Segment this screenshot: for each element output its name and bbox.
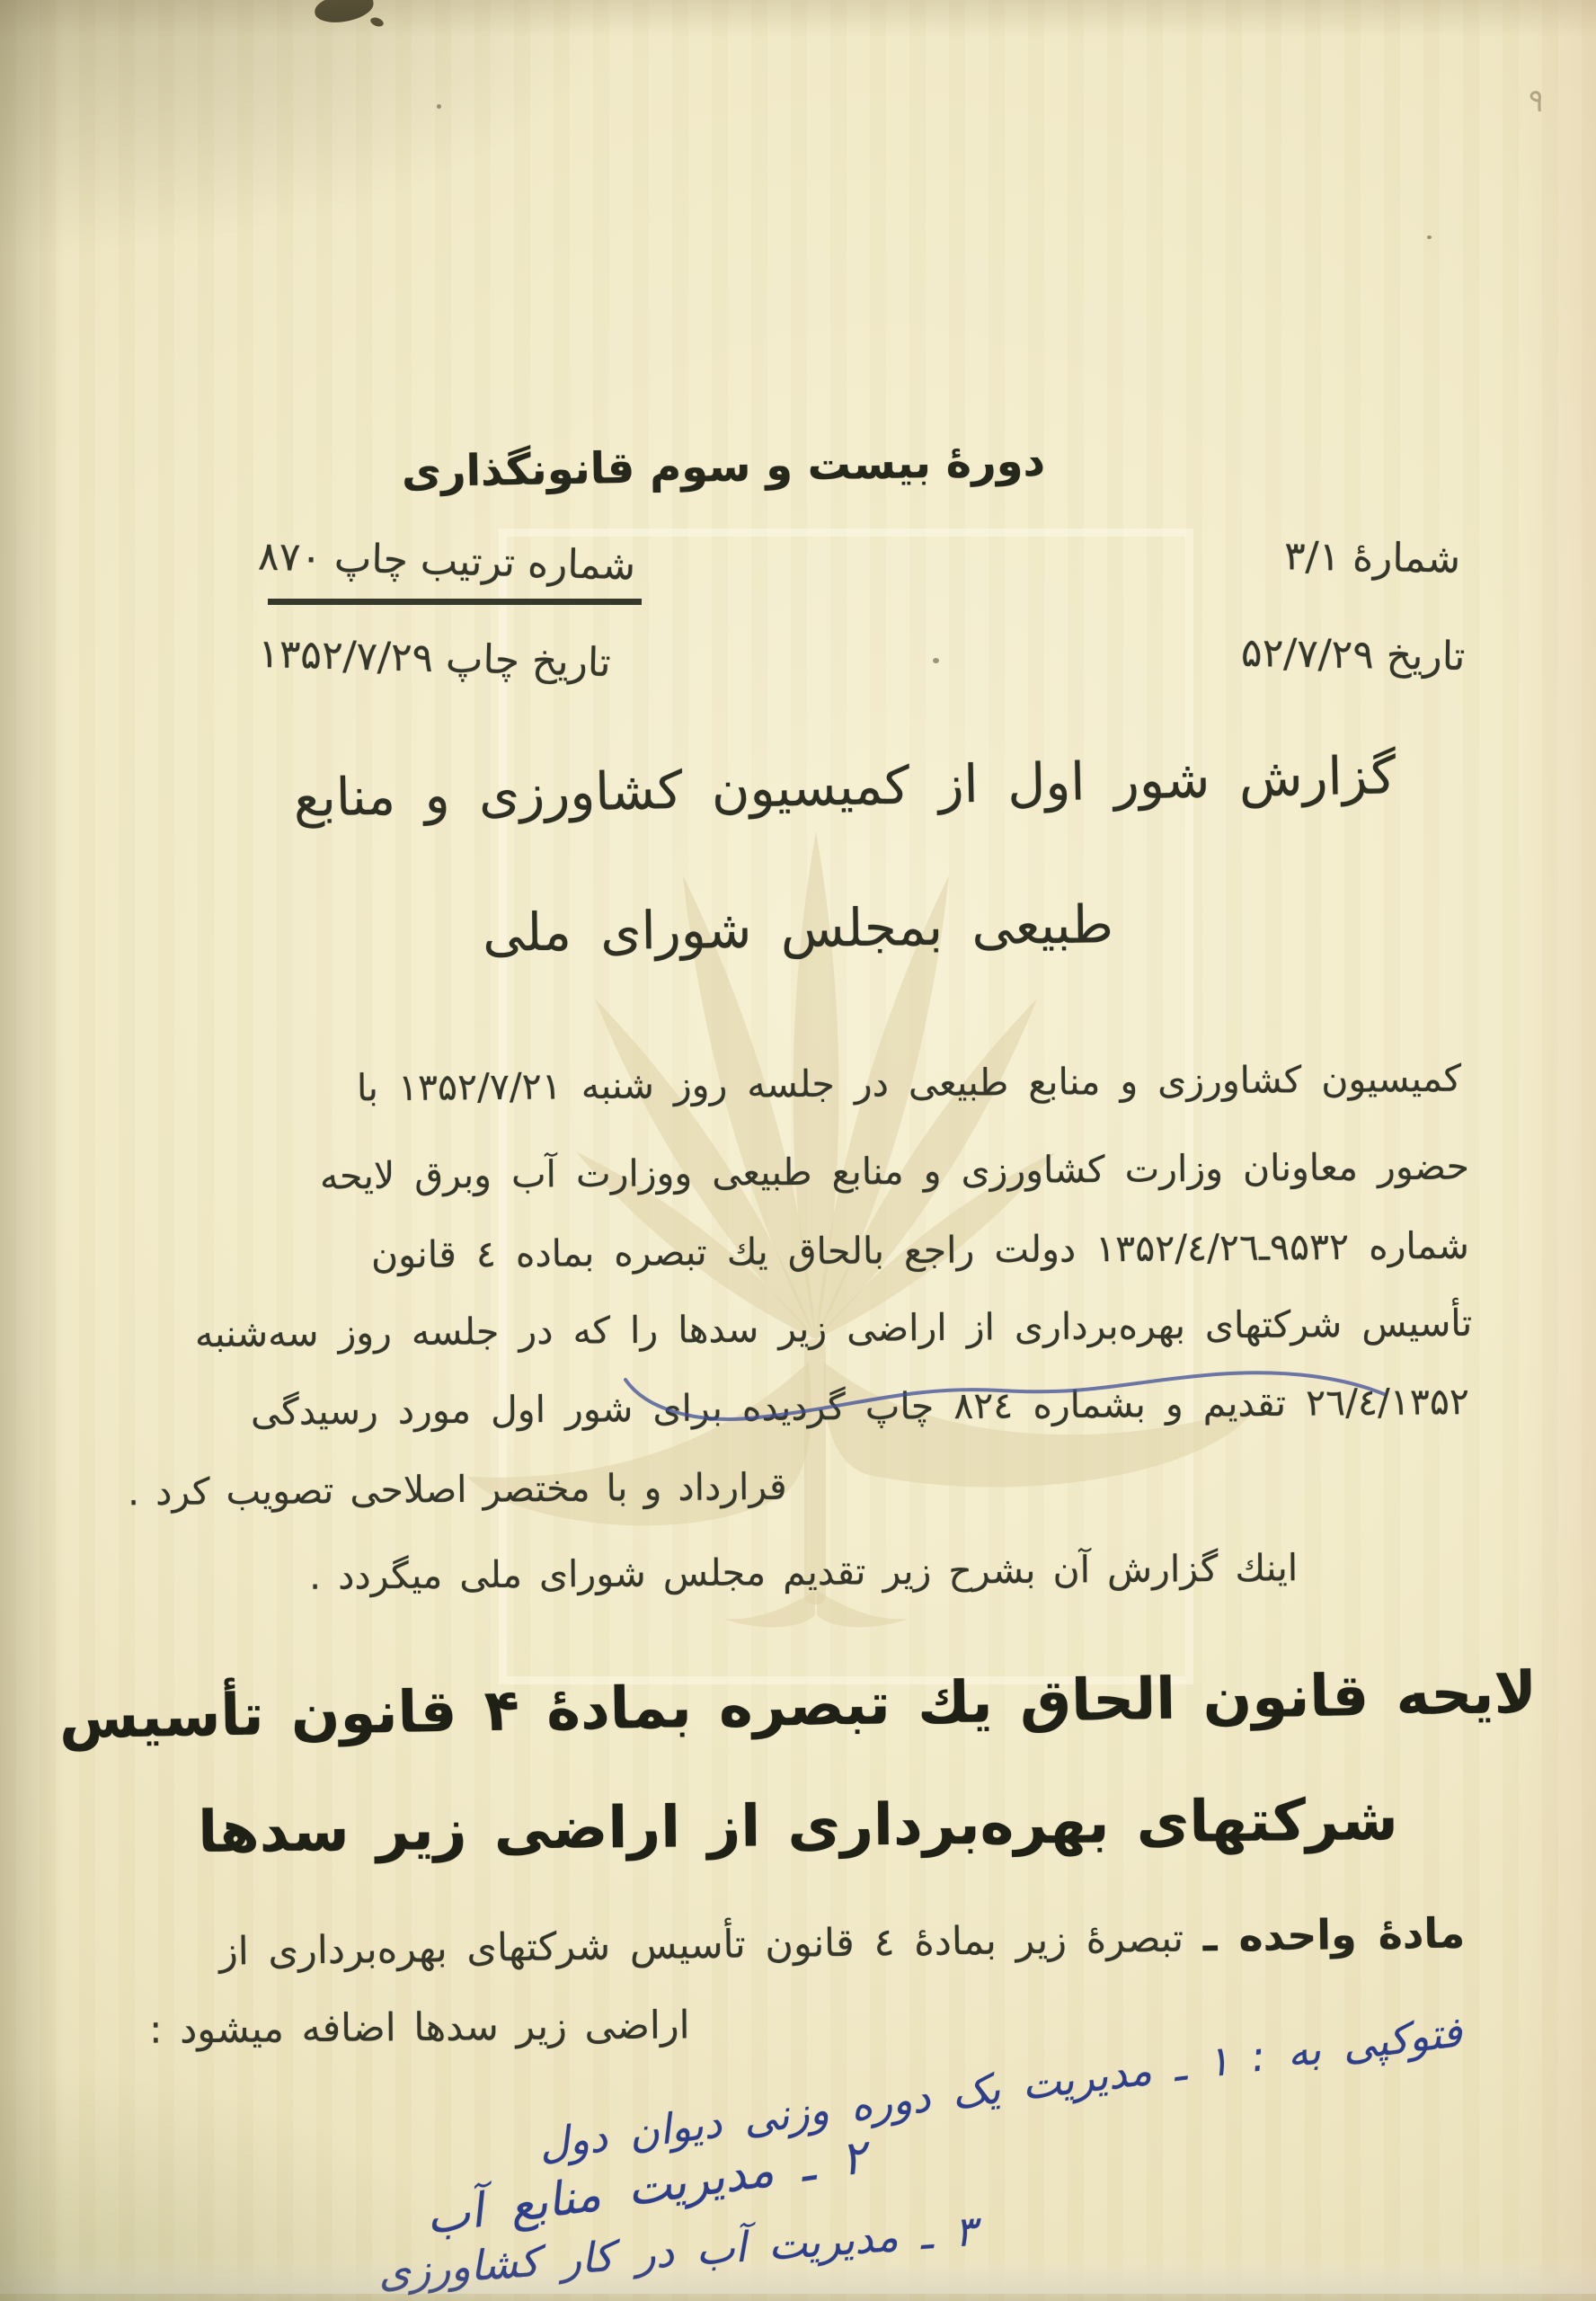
- print-date: تاریخ چاپ ۱۳۵۲/۷/۲۹: [257, 632, 611, 687]
- body-line: اینك گزارش آن بشرح زیر تقدیم مجلس شورای …: [309, 1547, 1299, 1598]
- body-line: ۱۳۵۲/٤/۲٦ تقدیم و بشماره ۸۲٤ چاپ گردیده …: [251, 1381, 1469, 1434]
- issue-number: شمارهٔ ۳/۱: [1283, 534, 1460, 582]
- paper-speck: [1427, 235, 1432, 239]
- body-line: تأسیس شرکتهای بهره‌برداری از اراضی زیر س…: [195, 1302, 1473, 1356]
- paper-speck: [437, 104, 441, 109]
- bill-heading-line-2: شرکتهای بهره‌برداری از اراضی زیر سدها: [0, 1786, 1596, 1869]
- report-title-line-2: طبیعی بمجلس شورای ملی: [0, 888, 1596, 970]
- ink-speck: [369, 16, 385, 29]
- body-line: شماره ۹۵۳۲ـ۱۳۵۲/٤/۲٦ دولت راجع بالحاق یك…: [371, 1225, 1469, 1277]
- body-line: حضور معاونان وزارت کشاورزی و منابع طبیعی…: [320, 1145, 1469, 1197]
- header-divider-rule: [268, 599, 642, 605]
- issue-date: تاریخ ۵۲/۷/۲۹: [1240, 631, 1465, 680]
- margin-numeral: ٩: [1524, 82, 1547, 120]
- article-clause-text: تبصرهٔ زیر بمادهٔ ٤ قانون تأسیس شرکتهای …: [218, 1916, 1184, 1975]
- body-line: قرارداد و با مختصر اصلاحی تصویب کرد .: [128, 1466, 787, 1515]
- article-line-1: مادهٔ واحده ـ تبصرهٔ زیر بمادهٔ ٤ قانون …: [218, 1909, 1465, 1975]
- print-order-number: شماره ترتیب چاپ ۸۷۰: [257, 535, 635, 591]
- paper-speck: [933, 658, 939, 663]
- article-line-2: اراضی زیر سدها اضافه میشود :: [149, 2003, 690, 2053]
- report-title-line-1: گزارش شور اول از کمیسیون کشاورزی و منابع: [93, 741, 1596, 832]
- body-line: کمیسیون کشاورزی و منابع طبیعی در جلسه رو…: [357, 1058, 1461, 1110]
- article-clause-label: مادهٔ واحده ـ: [1202, 1908, 1465, 1960]
- legislative-period-title: دورهٔ بیست و سوم قانونگذاری: [0, 430, 1447, 504]
- bill-heading-line-1: لایحه قانون الحاق یك تبصره بمادهٔ ۴ قانو…: [0, 1660, 1596, 1755]
- ink-blot: [313, 0, 376, 25]
- scanned-document-page: دورهٔ بیست و سوم قانونگذاری شمارهٔ ۳/۱ ش…: [0, 0, 1596, 2301]
